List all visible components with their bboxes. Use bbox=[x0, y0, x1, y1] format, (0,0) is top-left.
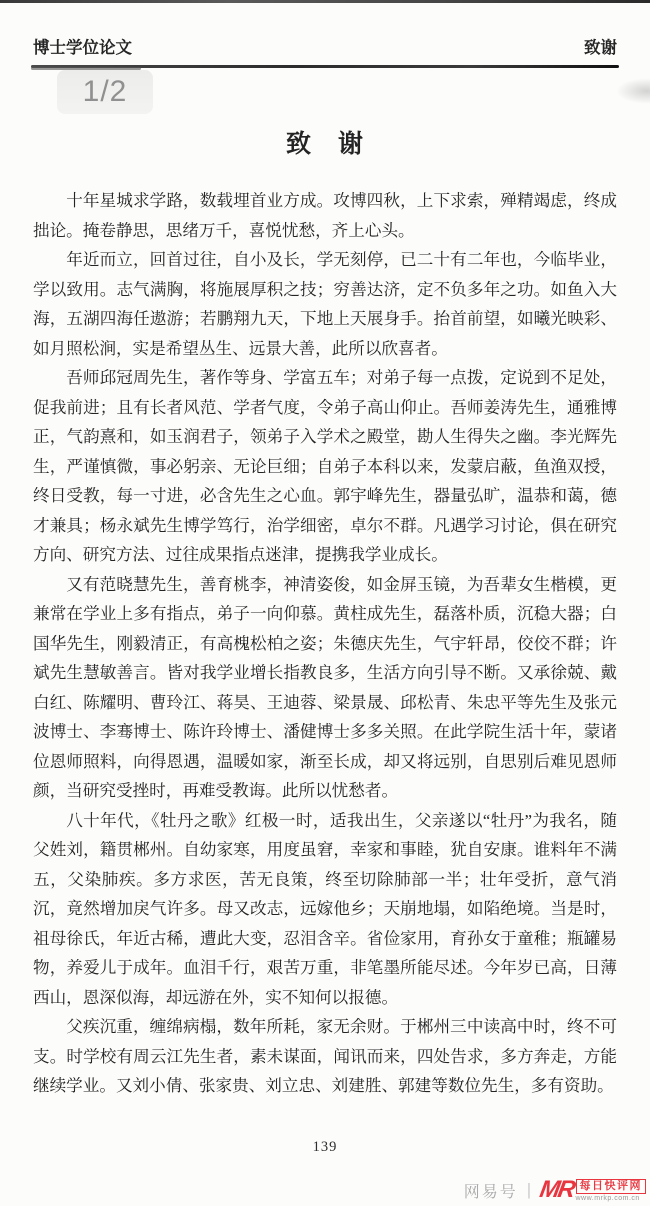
body-paragraph: 年近而立，回首过往，自小及长，学无刻停，已二十有二年也，今临毕业，学以致用。志气… bbox=[33, 245, 617, 363]
body-paragraph: 吾师邱冠周先生，著作等身、学富五车；对弟子每一点拨，定说到不足处，促我前进；且有… bbox=[33, 363, 617, 570]
running-header: 博士学位论文 致谢 bbox=[33, 34, 617, 65]
body-paragraph: 父疾沉重，缠绵病榻，数年所耗，家无余财。于郴州三中读高中时，终不可支。时学校有周… bbox=[33, 1012, 617, 1101]
page-indicator-label: 1/2 bbox=[83, 75, 128, 109]
watermark-brand: MR 每日快评网 www.mrkp.com.cn bbox=[540, 1178, 646, 1202]
mr-logo: MR bbox=[538, 1178, 576, 1202]
document-body: 十年星城求学路，数载埋首业方成。攻博四秋，上下求索，殚精竭虑，终成拙论。掩卷静思… bbox=[33, 186, 617, 1101]
header-left-title: 博士学位论文 bbox=[33, 34, 132, 58]
scan-edge-artifact bbox=[0, 0, 650, 3]
page-number: 139 bbox=[0, 1139, 650, 1156]
watermark: 网易号 | MR 每日快评网 www.mrkp.com.cn bbox=[464, 1178, 646, 1202]
watermark-site-block: 每日快评网 www.mrkp.com.cn bbox=[576, 1179, 647, 1202]
body-paragraph: 八十年代，《牡丹之歌》红极一时，适我出生，父亲遂以“牡丹”为我名，随父姓刘，籍贯… bbox=[33, 806, 617, 1013]
watermark-divider: | bbox=[527, 1180, 531, 1200]
body-paragraph: 十年星城求学路，数载埋首业方成。攻博四秋，上下求索，殚精竭虑，终成拙论。掩卷静思… bbox=[33, 186, 617, 245]
header-right-title: 致谢 bbox=[584, 34, 617, 58]
header-rule bbox=[31, 65, 619, 68]
scan-smudge-artifact bbox=[616, 78, 650, 104]
document-title: 致 谢 bbox=[0, 124, 650, 160]
watermark-site-url: www.mrkp.com.cn bbox=[576, 1195, 647, 1202]
body-paragraph: 又有范晓慧先生，善育桃李，神清姿俊，如金屏玉镜，为吾辈女生楷模，更兼常在学业上多… bbox=[33, 570, 617, 806]
watermark-site-name: 每日快评网 bbox=[576, 1179, 647, 1194]
dissertation-scan-page: { "colors": { "accent_red": "#e8353f", "… bbox=[0, 0, 650, 1206]
viewer-page-indicator: 1/2 bbox=[57, 70, 153, 114]
watermark-source-name: 网易号 bbox=[464, 1179, 518, 1202]
